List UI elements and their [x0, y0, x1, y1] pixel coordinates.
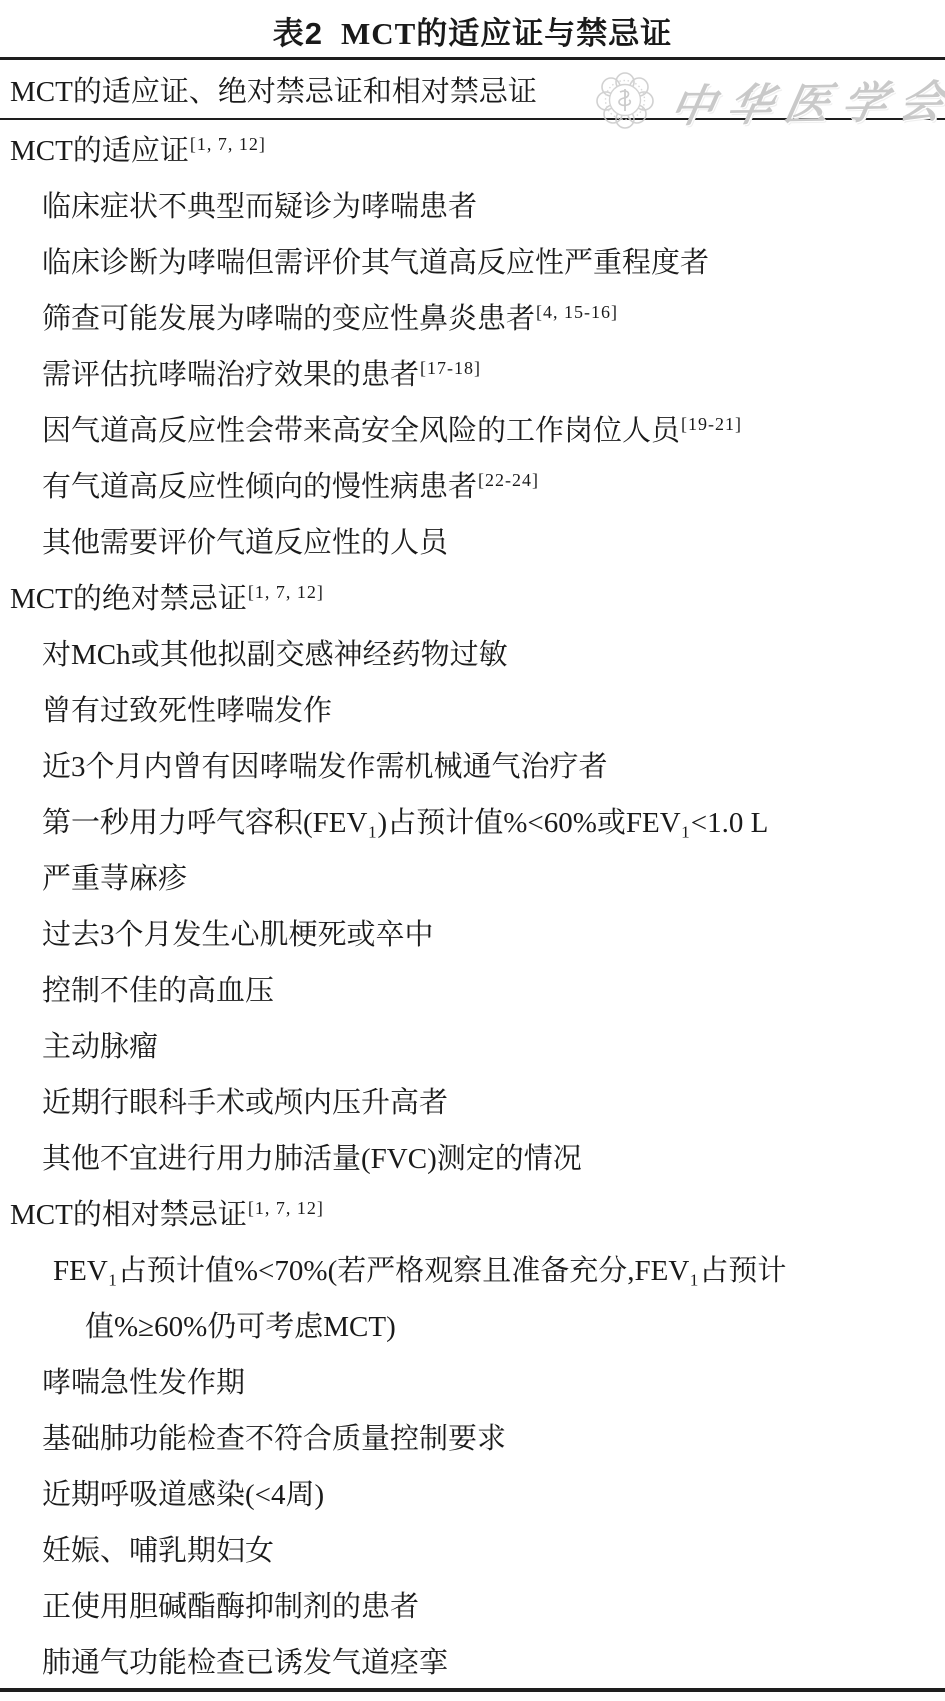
- table-row: MCT的绝对禁忌证[1, 7, 12]: [0, 568, 945, 624]
- row-reference-superscript: [1, 7, 12]: [248, 1198, 324, 1219]
- row-text: 临床症状不典型而疑诊为哮喘患者: [42, 184, 477, 225]
- table-row: 控制不佳的高血压: [0, 960, 945, 1016]
- table-title: 表2 MCT的适应证与禁忌证: [0, 0, 945, 57]
- row-text-line: 因气道高反应性会带来高安全风险的工作岗位人员[19-21]: [0, 400, 945, 456]
- row-text-line: 临床诊断为哮喘但需评价其气道高反应性严重程度者: [0, 232, 945, 288]
- table-row: 基础肺功能检查不符合质量控制要求: [0, 1408, 945, 1464]
- row-text: 严重荨麻疹: [42, 856, 187, 897]
- table-row: 近期行眼科手术或颅内压升高者: [0, 1072, 945, 1128]
- row-text: 控制不佳的高血压: [42, 968, 274, 1009]
- table-row: 有气道高反应性倾向的慢性病患者[22-24]: [0, 456, 945, 512]
- table-row: 因气道高反应性会带来高安全风险的工作岗位人员[19-21]: [0, 400, 945, 456]
- row-text-line: 临床症状不典型而疑诊为哮喘患者: [0, 176, 945, 232]
- table-row: 筛查可能发展为哮喘的变应性鼻炎患者[4, 15-16]: [0, 288, 945, 344]
- paper-table-figure: 表2 MCT的适应证与禁忌证 MCT的适应证、绝对禁忌证和相对禁忌证: [0, 0, 945, 1701]
- row-text-line: 主动脉瘤: [0, 1016, 945, 1072]
- table-caption: MCT的适应证与禁忌证: [341, 8, 672, 53]
- row-text: 第一秒用力呼气容积(FEV₁)占预计值%<60%或FEV₁<1.0 L: [42, 800, 768, 841]
- table-row: 肺通气功能检查已诱发气道痉挛: [0, 1632, 945, 1688]
- row-text: 近期行眼科手术或颅内压升高者: [42, 1080, 448, 1121]
- row-text: 需评估抗哮喘治疗效果的患者: [42, 352, 419, 393]
- row-text-line: 近期呼吸道感染(<4周): [0, 1464, 945, 1520]
- row-text-line: 第一秒用力呼气容积(FEV₁)占预计值%<60%或FEV₁<1.0 L: [0, 792, 945, 848]
- row-text-line: 妊娠、哺乳期妇女: [0, 1520, 945, 1576]
- row-reference-superscript: [4, 15-16]: [536, 302, 618, 323]
- row-text: 其他需要评价气道反应性的人员: [42, 520, 448, 561]
- table-row: 其他需要评价气道反应性的人员: [0, 512, 945, 568]
- row-text: 有气道高反应性倾向的慢性病患者: [42, 464, 477, 505]
- table-row: 第一秒用力呼气容积(FEV₁)占预计值%<60%或FEV₁<1.0 L: [0, 792, 945, 848]
- row-text: 肺通气功能检查已诱发气道痉挛: [42, 1640, 448, 1681]
- table-row: 近期呼吸道感染(<4周): [0, 1464, 945, 1520]
- row-text: 对MCh或其他拟副交感神经药物过敏: [42, 632, 508, 673]
- row-text: 筛查可能发展为哮喘的变应性鼻炎患者: [42, 296, 535, 337]
- row-text-line: 哮喘急性发作期: [0, 1352, 945, 1408]
- row-text-line: 对MCh或其他拟副交感神经药物过敏: [0, 624, 945, 680]
- row-text: 近期呼吸道感染(<4周): [42, 1472, 324, 1513]
- table-row: 近3个月内曾有因哮喘发作需机械通气治疗者: [0, 736, 945, 792]
- row-reference-superscript: [22-24]: [478, 470, 539, 491]
- row-text-line: 近3个月内曾有因哮喘发作需机械通气治疗者: [0, 736, 945, 792]
- row-text-line: 曾有过致死性哮喘发作: [0, 680, 945, 736]
- row-text: 近3个月内曾有因哮喘发作需机械通气治疗者: [42, 744, 608, 785]
- table-row: 哮喘急性发作期: [0, 1352, 945, 1408]
- row-text-line: 控制不佳的高血压: [0, 960, 945, 1016]
- row-reference-superscript: [19-21]: [681, 414, 742, 435]
- row-text: 正使用胆碱酯酶抑制剂的患者: [42, 1584, 419, 1625]
- row-text: MCT的相对禁忌证: [10, 1192, 247, 1233]
- table-row: 临床诊断为哮喘但需评价其气道高反应性严重程度者: [0, 232, 945, 288]
- table-row: 妊娠、哺乳期妇女: [0, 1520, 945, 1576]
- row-text-line: 严重荨麻疹: [0, 848, 945, 904]
- table-row: FEV₁占预计值%<70%(若严格观察且准备充分,FEV₁占预计 值%≥60%仍…: [0, 1240, 945, 1352]
- row-reference-superscript: [1, 7, 12]: [190, 134, 266, 155]
- row-continuation-line: 值%≥60%仍可考虑MCT): [0, 1296, 945, 1352]
- table-row: 临床症状不典型而疑诊为哮喘患者: [0, 176, 945, 232]
- table-row: 其他不宜进行用力肺活量(FVC)测定的情况: [0, 1128, 945, 1184]
- row-reference-superscript: [17-18]: [420, 358, 481, 379]
- table-body: MCT的适应证[1, 7, 12] 临床症状不典型而疑诊为哮喘患者 临床诊断为哮…: [0, 120, 945, 1688]
- row-text: 基础肺功能检查不符合质量控制要求: [42, 1416, 506, 1457]
- table-row: 过去3个月发生心肌梗死或卒中: [0, 904, 945, 960]
- row-text: 妊娠、哺乳期妇女: [42, 1528, 274, 1569]
- table-row: 曾有过致死性哮喘发作: [0, 680, 945, 736]
- row-text: MCT的适应证: [10, 128, 189, 169]
- table-header-label: MCT的适应证、绝对禁忌证和相对禁忌证: [10, 69, 537, 110]
- row-text-line: 过去3个月发生心肌梗死或卒中: [0, 904, 945, 960]
- table-row: 主动脉瘤: [0, 1016, 945, 1072]
- table-row: 需评估抗哮喘治疗效果的患者[17-18]: [0, 344, 945, 400]
- row-text-line: 筛查可能发展为哮喘的变应性鼻炎患者[4, 15-16]: [0, 288, 945, 344]
- row-text: 临床诊断为哮喘但需评价其气道高反应性严重程度者: [42, 240, 709, 281]
- row-text: 哮喘急性发作期: [42, 1360, 245, 1401]
- row-text: FEV₁占预计值%<70%(若严格观察且准备充分,FEV₁占预计: [53, 1248, 786, 1289]
- row-text-line: MCT的绝对禁忌证[1, 7, 12]: [0, 568, 945, 624]
- row-text: 主动脉瘤: [42, 1024, 158, 1065]
- row-text: 其他不宜进行用力肺活量(FVC)测定的情况: [42, 1136, 582, 1177]
- row-text-line: MCT的相对禁忌证[1, 7, 12]: [0, 1184, 945, 1240]
- row-text: 过去3个月发生心肌梗死或卒中: [42, 912, 434, 953]
- row-text-line: 有气道高反应性倾向的慢性病患者[22-24]: [0, 456, 945, 512]
- row-text: MCT的绝对禁忌证: [10, 576, 247, 617]
- table-header-row: MCT的适应证、绝对禁忌证和相对禁忌证: [0, 60, 945, 120]
- row-text-line: 正使用胆碱酯酶抑制剂的患者: [0, 1576, 945, 1632]
- row-reference-superscript: [1, 7, 12]: [248, 582, 324, 603]
- table-row: 严重荨麻疹: [0, 848, 945, 904]
- row-text-line: 需评估抗哮喘治疗效果的患者[17-18]: [0, 344, 945, 400]
- table-row: 正使用胆碱酯酶抑制剂的患者: [0, 1576, 945, 1632]
- table-row: MCT的适应证[1, 7, 12]: [0, 120, 945, 176]
- table-number: 表2: [273, 8, 323, 53]
- row-text-line: 肺通气功能检查已诱发气道痉挛: [0, 1632, 945, 1688]
- table-row: MCT的相对禁忌证[1, 7, 12]: [0, 1184, 945, 1240]
- row-text-line: 基础肺功能检查不符合质量控制要求: [0, 1408, 945, 1464]
- row-text-line: 其他需要评价气道反应性的人员: [0, 512, 945, 568]
- row-text-line: MCT的适应证[1, 7, 12]: [0, 120, 945, 176]
- row-text: 曾有过致死性哮喘发作: [42, 688, 332, 729]
- row-text-line: 其他不宜进行用力肺活量(FVC)测定的情况: [0, 1128, 945, 1184]
- row-text: 因气道高反应性会带来高安全风险的工作岗位人员: [42, 408, 680, 449]
- row-text-line: FEV₁占预计值%<70%(若严格观察且准备充分,FEV₁占预计: [0, 1240, 945, 1296]
- table-bottom-rule: [0, 1688, 945, 1692]
- table-row: 对MCh或其他拟副交感神经药物过敏: [0, 624, 945, 680]
- row-text-line: 近期行眼科手术或颅内压升高者: [0, 1072, 945, 1128]
